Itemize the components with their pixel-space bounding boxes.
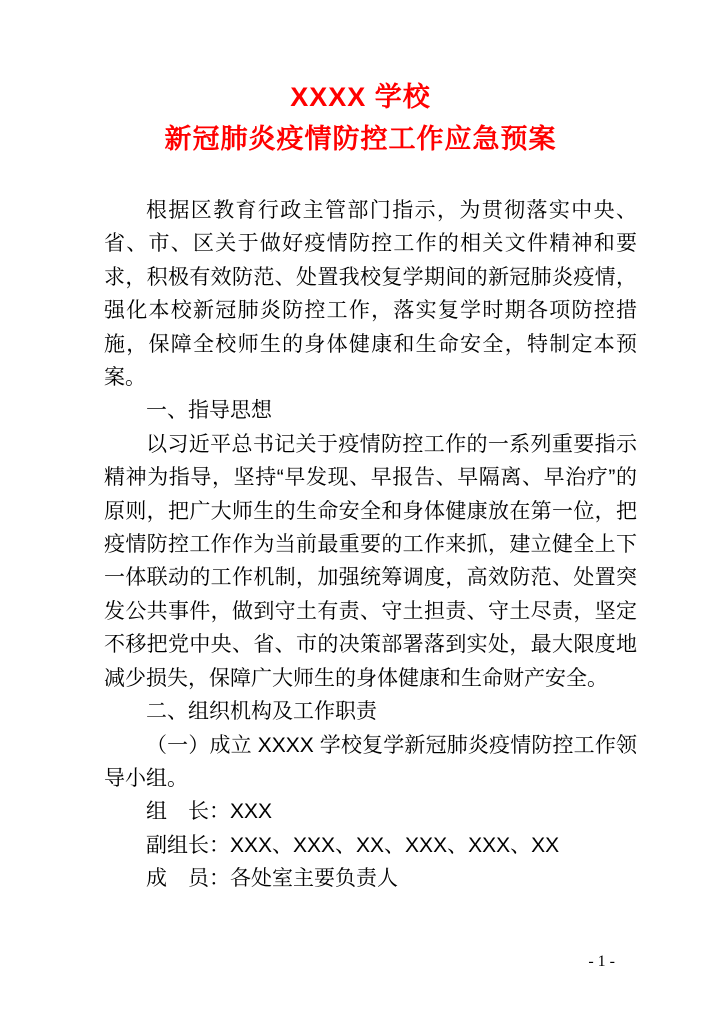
- document-body: 根据区教育行政主管部门指示，为贯彻落实中央、省、市、区关于做好疫情防控工作的相关…: [104, 194, 637, 896]
- title-school-name: XXXX 学校: [0, 76, 721, 118]
- heading-section-1-guiding-ideology: 一、指导思想: [104, 394, 637, 427]
- paragraph-leading-group: （一）成立 XXXX 学校复学新冠肺炎疫情防控工作领导小组。: [104, 729, 637, 796]
- line-group-leader: 组 长：XXX: [104, 795, 637, 828]
- document-title: XXXX 学校 新冠肺炎疫情防控工作应急预案: [0, 76, 721, 160]
- paragraph-guiding-ideology: 以习近平总书记关于疫情防控工作的一系列重要指示精神为指导，坚持“早发现、早报告、…: [104, 428, 637, 695]
- heading-section-2-organization: 二、组织机构及工作职责: [104, 695, 637, 728]
- line-deputy-leaders: 副组长：XXX、XXX、XX、XXX、XXX、XX: [104, 829, 637, 862]
- page-footer: - 1 -: [588, 954, 615, 970]
- document-page: XXXX 学校 新冠肺炎疫情防控工作应急预案 根据区教育行政主管部门指示，为贯彻…: [0, 0, 721, 1020]
- title-document-name: 新冠肺炎疫情防控工作应急预案: [0, 118, 721, 160]
- page-number: - 1 -: [588, 953, 615, 970]
- paragraph-intro: 根据区教育行政主管部门指示，为贯彻落实中央、省、市、区关于做好疫情防控工作的相关…: [104, 194, 637, 394]
- line-members: 成 员：各处室主要负责人: [104, 862, 637, 895]
